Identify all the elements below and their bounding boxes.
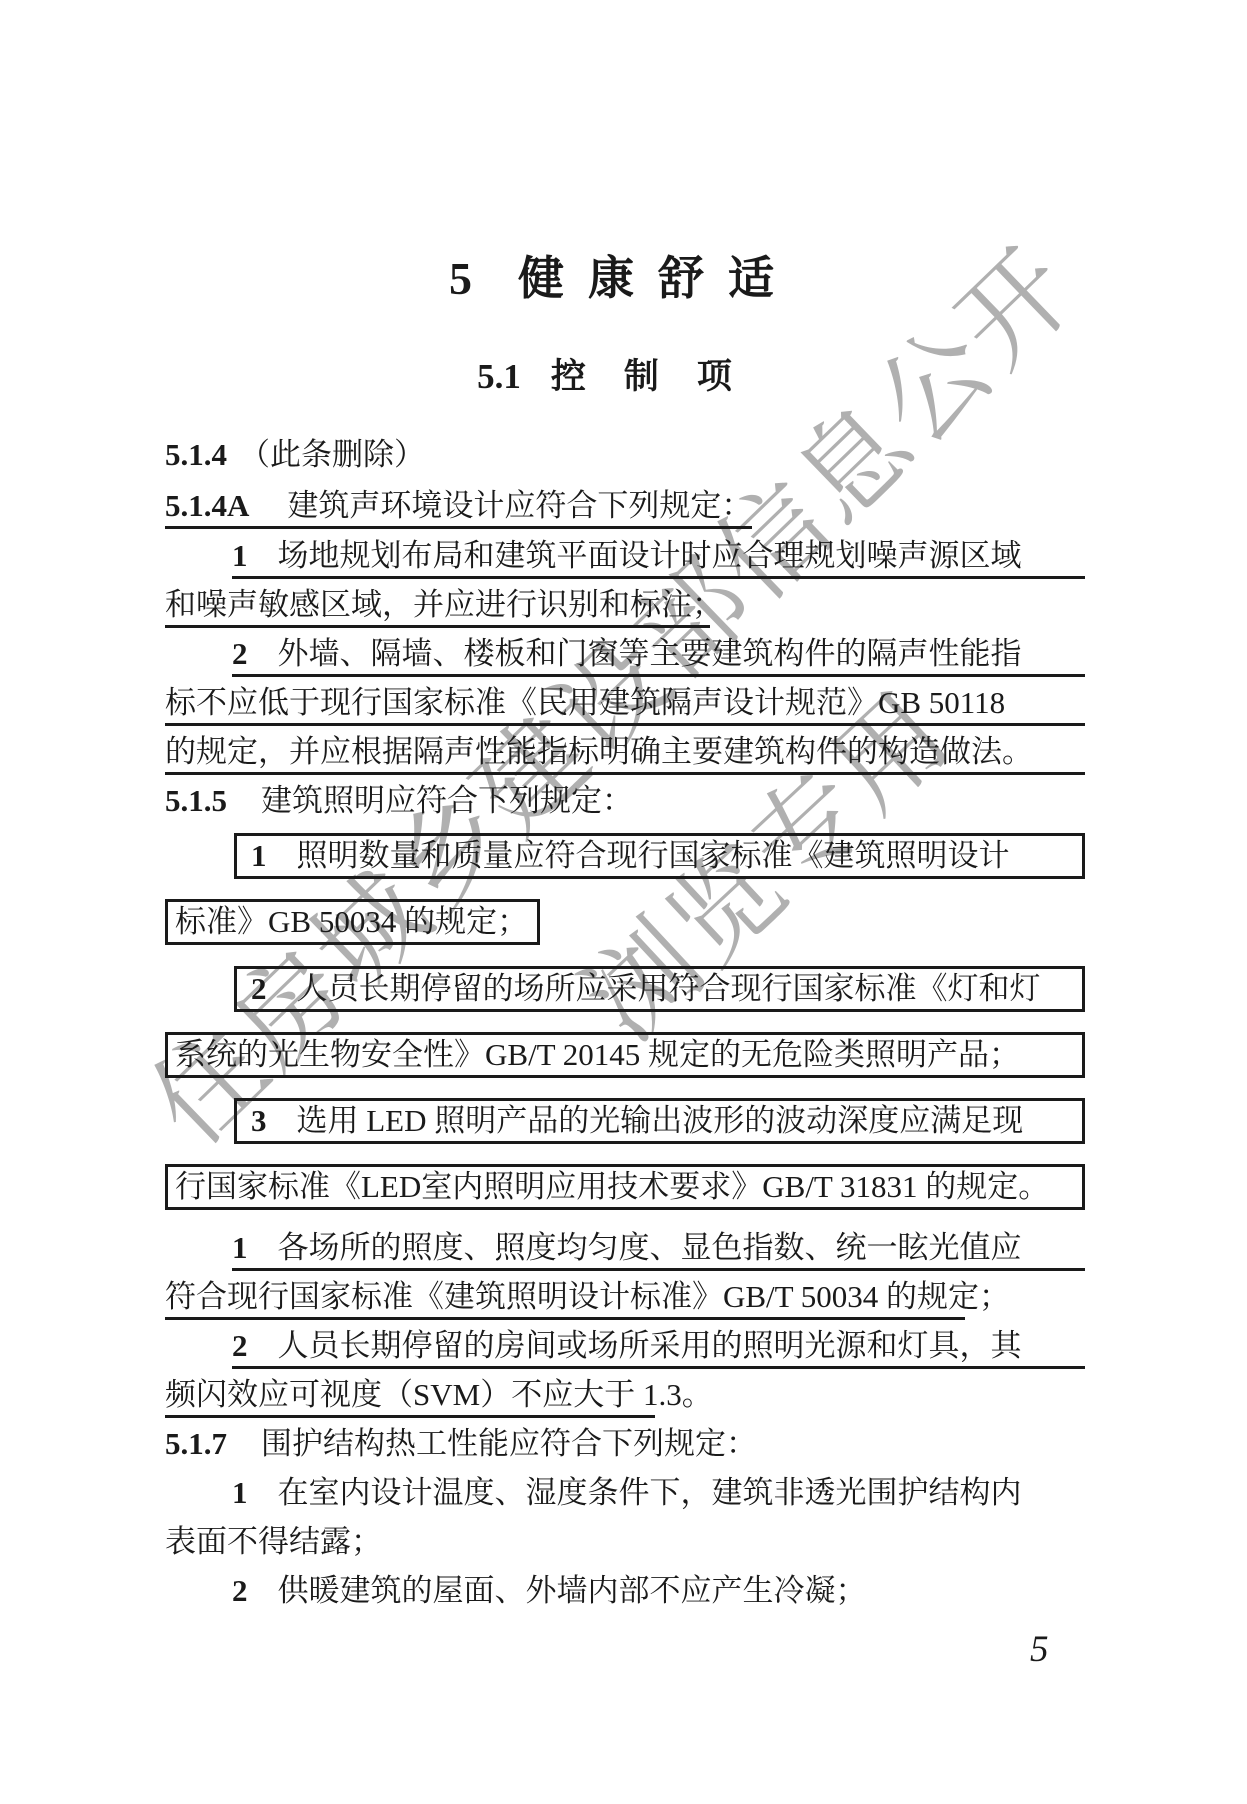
boxed-clause-item-2: 2人员长期停留的场所应采用符合现行国家标准《灯和灯 — [234, 966, 1085, 1012]
chapter-title: 健康舒适 — [518, 253, 798, 304]
clause-continuation: 频闪效应可视度（SVM）不应大于 1.3。 — [165, 1378, 655, 1418]
boxed-clause-continuation: 标准》GB 50034 的规定； — [165, 899, 540, 945]
clause-number: 5.1.7 — [165, 1426, 227, 1461]
clause-text: 建筑声环境设计应符合下列规定： — [287, 488, 752, 523]
item-number: 2 — [232, 1328, 248, 1363]
clause-5-1-4: 5.1.4（此条删除） — [165, 438, 425, 472]
clause-5-1-4A-item-2: 2外墙、隔墙、楼板和门窗等主要建筑构件的隔声性能指 — [232, 637, 1085, 677]
clause-text: 围护结构热工性能应符合下列规定： — [261, 1426, 757, 1461]
clause-text: 照明数量和质量应符合现行国家标准《建筑照明设计 — [297, 839, 1010, 873]
clause-continuation: 标不应低于现行国家标准《民用建筑隔声设计规范》GB 50118 — [165, 686, 1085, 726]
clause-text: （此条删除） — [239, 437, 425, 472]
item-number: 1 — [232, 1230, 248, 1265]
clause-continuation: 的规定，并应根据隔声性能指标明确主要建筑构件的构造做法。 — [165, 735, 1085, 775]
clause-5-1-7-item-1: 1在室内设计温度、湿度条件下，建筑非透光围护结构内 — [232, 1476, 1022, 1510]
clause-5-1-4A-item-1: 1场地规划布局和建筑平面设计时应合理规划噪声源区域 — [232, 539, 1085, 579]
item-number: 1 — [232, 1475, 248, 1510]
clause-text: 和噪声敏感区域，并应进行识别和标注； — [165, 587, 723, 622]
clause-continuation: 表面不得结露； — [165, 1525, 382, 1559]
chapter-heading: 5健康舒适 — [0, 252, 1247, 306]
section-title: 控制项 — [551, 357, 770, 396]
boxed-clause-item-1: 1照明数量和质量应符合现行国家标准《建筑照明设计 — [234, 833, 1085, 879]
clause-text: 人员长期停留的房间或场所采用的照明光源和灯具，其 — [278, 1328, 1022, 1363]
clause-text: 表面不得结露； — [165, 1524, 382, 1559]
clause-number: 5.1.4A — [165, 488, 249, 523]
clause-number: 5.1.4 — [165, 437, 227, 472]
clause-text: 各场所的照度、照度均匀度、显色指数、统一眩光值应 — [278, 1230, 1022, 1265]
clause-text: 频闪效应可视度（SVM）不应大于 1.3。 — [165, 1377, 713, 1412]
page-number: 5 — [1030, 1628, 1049, 1671]
clause-continuation: 符合现行国家标准《建筑照明设计标准》GB/T 50034 的规定； — [165, 1280, 965, 1320]
item-number: 2 — [232, 1573, 248, 1608]
chapter-number: 5 — [449, 253, 472, 304]
clause-text: 场地规划布局和建筑平面设计时应合理规划噪声源区域 — [278, 538, 1022, 573]
clause-5-1-4A: 5.1.4A建筑声环境设计应符合下列规定： — [165, 489, 752, 529]
clause-text: 系统的光生物安全性》GB/T 20145 规定的无危险类照明产品； — [175, 1038, 1020, 1072]
clause-5-1-7: 5.1.7围护结构热工性能应符合下列规定： — [165, 1427, 757, 1461]
clause-5-1-5: 5.1.5建筑照明应符合下列规定： — [165, 784, 633, 818]
clause-text: 行国家标准《LED室内照明应用技术要求》GB/T 31831 的规定。 — [175, 1170, 1049, 1204]
clause-text: 在室内设计温度、湿度条件下，建筑非透光围护结构内 — [278, 1475, 1022, 1510]
item-number: 2 — [251, 972, 267, 1006]
clause-text: 人员长期停留的场所应采用符合现行国家标准《灯和灯 — [297, 972, 1041, 1006]
item-number: 3 — [251, 1104, 267, 1138]
item-number: 2 — [232, 636, 248, 671]
clause-text: 标准》GB 50034 的规定； — [175, 905, 528, 939]
boxed-clause-continuation: 系统的光生物安全性》GB/T 20145 规定的无危险类照明产品； — [165, 1032, 1085, 1078]
item-number: 1 — [251, 839, 267, 873]
boxed-clause-item-3: 3选用 LED 照明产品的光输出波形的波动深度应满足现 — [234, 1098, 1085, 1144]
clause-5-1-7-item-2: 2供暖建筑的屋面、外墙内部不应产生冷凝； — [232, 1574, 867, 1608]
clause-text: 选用 LED 照明产品的光输出波形的波动深度应满足现 — [297, 1104, 1024, 1138]
document-page: 住房城乡建设部信息公开 浏览专用 5健康舒适 5.1控制项 5.1.4（此条删除… — [0, 0, 1247, 1804]
clause-text: 外墙、隔墙、楼板和门窗等主要建筑构件的隔声性能指 — [278, 636, 1022, 671]
section-number: 5.1 — [477, 357, 521, 396]
clause-number: 5.1.5 — [165, 783, 227, 818]
clause-continuation: 和噪声敏感区域，并应进行识别和标注； — [165, 588, 710, 628]
clause-text: 建筑照明应符合下列规定： — [261, 783, 633, 818]
clause-text: 的规定，并应根据隔声性能指标明确主要建筑构件的构造做法。 — [165, 734, 1033, 769]
clause-text: 标不应低于现行国家标准《民用建筑隔声设计规范》GB 50118 — [165, 685, 1005, 720]
clause-item-1: 1各场所的照度、照度均匀度、显色指数、统一眩光值应 — [232, 1231, 1085, 1271]
clause-text: 供暖建筑的屋面、外墙内部不应产生冷凝； — [278, 1573, 867, 1608]
clause-item-2: 2人员长期停留的房间或场所采用的照明光源和灯具，其 — [232, 1329, 1085, 1369]
section-heading: 5.1控制项 — [0, 356, 1247, 398]
boxed-clause-continuation: 行国家标准《LED室内照明应用技术要求》GB/T 31831 的规定。 — [165, 1164, 1085, 1210]
clause-text: 符合现行国家标准《建筑照明设计标准》GB/T 50034 的规定； — [165, 1279, 1010, 1314]
item-number: 1 — [232, 538, 248, 573]
